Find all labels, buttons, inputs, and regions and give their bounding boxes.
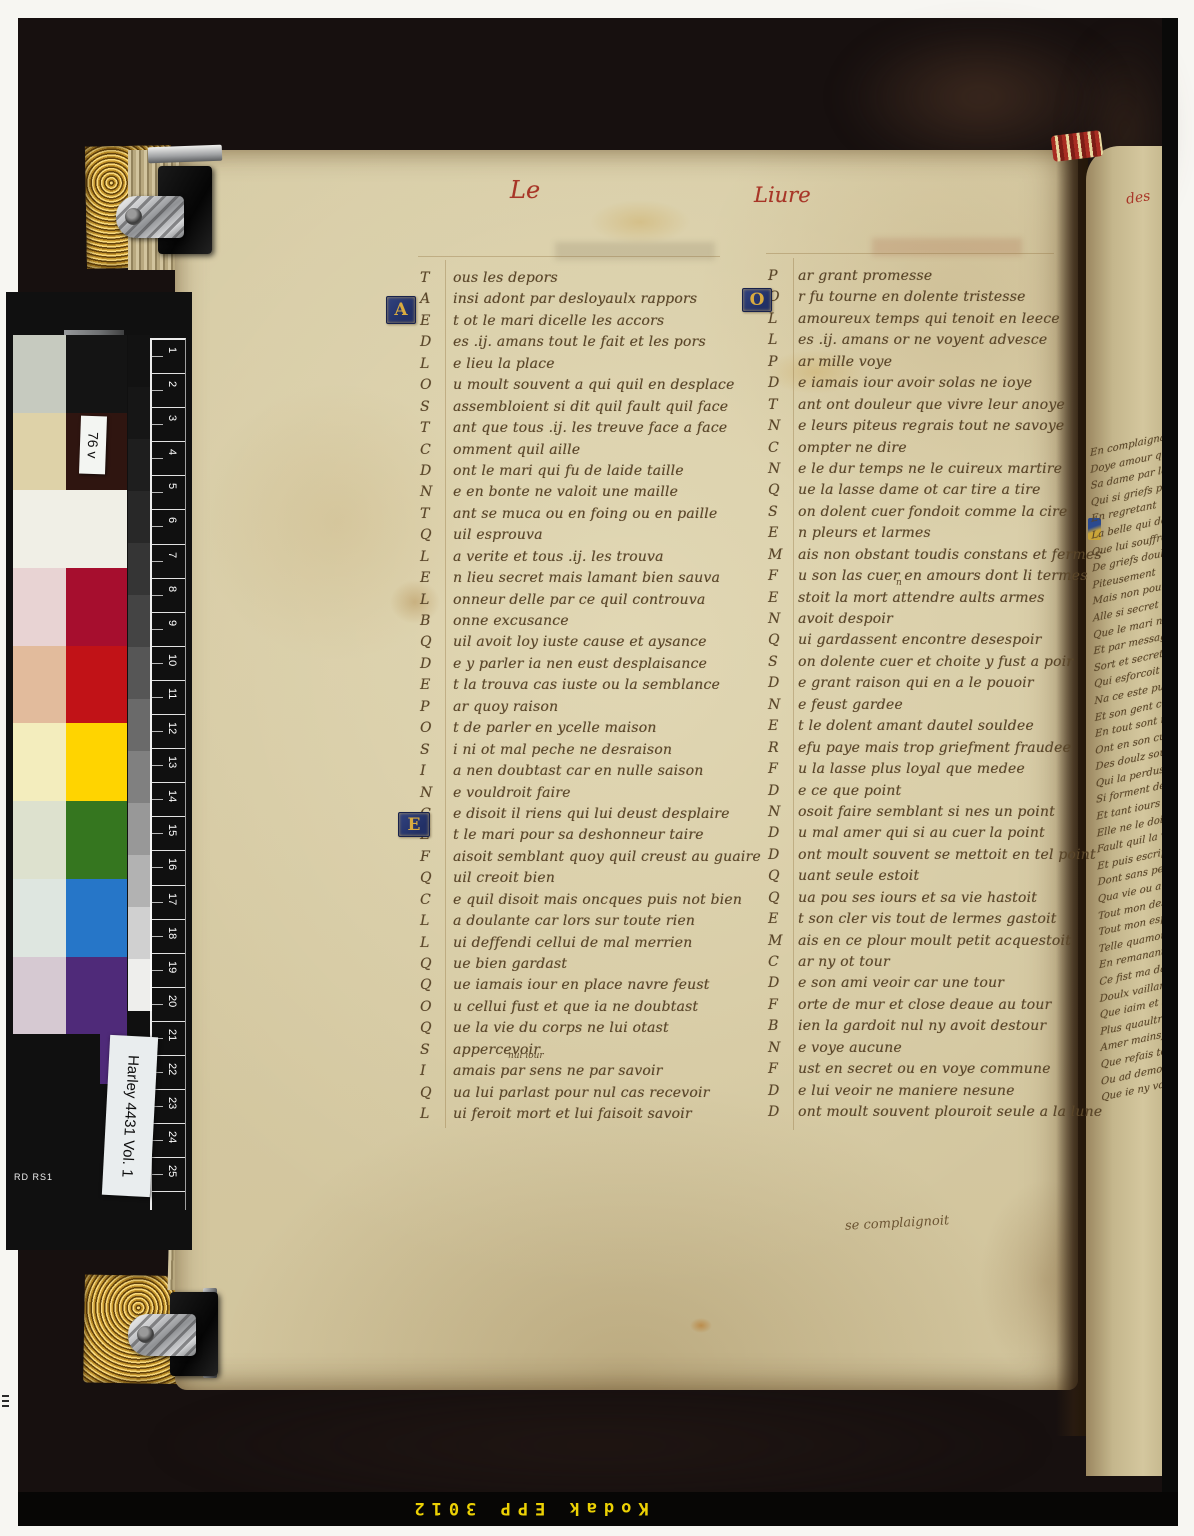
line-text: ua lui parlast pour nul cas recevoir [453,1085,709,1101]
manuscript-line: Tant ont douleur que vivre leur anoye [768,395,1102,416]
color-patch-solid [66,957,127,1035]
gray-step [128,855,152,907]
manuscript-line: Bonne excusance [420,611,761,632]
ruler-segment: 8 [152,579,185,613]
manuscript-line: Fu la lasse plus loyal que medee [768,759,1102,780]
line-initial-letter: F [768,995,798,1016]
line-initial-letter: Q [420,1083,453,1104]
line-text: ue la lasse dame ot car tire a tire [798,482,1041,498]
manuscript-line: Par grant promesse [768,266,1102,287]
line-text: a doulante car lors sur toute rien [453,913,695,929]
line-initial-letter: F [420,847,453,868]
ruler-number: 1 [166,347,178,353]
line-initial-letter: D [768,823,798,844]
line-text: u moult souvent a qui quil en desplace [453,377,734,393]
manuscript-line: Tant que tous .ij. les treuve face a fac… [420,418,761,439]
line-text: omment quil aille [453,442,580,458]
manuscript-line: Navoit despoir [768,609,1102,630]
manuscript-line: Dont le mari qui fu de laide taille [420,461,761,482]
ruler-segment: 10 [152,647,185,681]
line-initial-letter: O [420,375,453,396]
color-patch-row [13,568,127,646]
line-text: es .ij. amans tout le fait et les pors [453,334,706,350]
ruler-segment: 15 [152,817,185,851]
line-text: ar mille voye [798,354,892,370]
line-text: u la lasse plus loyal que medee [798,761,1025,777]
color-patch-tint [13,646,66,724]
line-text: t le mari pour sa deshonneur taire [453,827,704,843]
manuscript-line: Refu paye mais trop griefment fraudee [768,738,1102,759]
line-initial-letter: S [768,502,798,523]
ruler-number: 7 [166,552,178,558]
gray-step [128,491,152,543]
line-text: e iamais iour avoir solas ne ioye [798,375,1032,391]
line-initial-letter: N [768,459,798,480]
binder-clip-lever-bottom [128,1314,196,1356]
line-initial-letter: C [768,438,798,459]
ruler-number: 14 [166,790,178,802]
ruler-number: 16 [166,858,178,870]
line-initial-letter: S [420,740,453,761]
parchment-stain [690,1318,712,1333]
manuscript-line: Nosoit faire semblant si nes un point [768,802,1102,823]
film-edge-strip: Kodak EPP 3012 [18,1492,1178,1526]
line-text: orte de mur et close deaue au tour [798,997,1051,1013]
manuscript-line: Bien la gardoit nul ny avoit destour [768,1016,1102,1037]
color-patch-tint [13,413,66,491]
color-patch-row [13,490,127,568]
manuscript-line: Quil esprouva [420,525,761,546]
recto-running-title: des [1125,188,1152,208]
text-column-right: Par grant promesse Or fu tourne en dolen… [768,266,1102,1124]
color-patch-solid [66,723,127,801]
ruler-segment: 19 [152,954,185,988]
running-title-right: Liure [754,183,811,207]
line-text: on dolente cuer et choite y fust a poir [798,654,1073,670]
line-initial-letter: L [420,1104,453,1125]
manuscript-line: Son dolente cuer et choite y fust a poir [768,652,1102,673]
line-text: e grant raison qui en a le pouoir [798,675,1034,691]
manuscript-line: Par mille voye [768,352,1102,373]
line-initial-letter: P [420,697,453,718]
ruler-number: 24 [166,1131,178,1143]
manuscript-line: Mais en ce plour moult petit acquestoit [768,931,1102,952]
line-text: t son cler vis tout de lermes gastoit [798,911,1056,927]
line-initial-letter: C [420,440,453,461]
ruler-segment: 4 [152,442,185,476]
manuscript-line: Et la trouva cas iuste ou la semblance [420,675,761,696]
manuscript-line: Estoit la mort attendre aults armes [768,588,1102,609]
gray-step [128,647,152,699]
line-text: ust en secret ou en voye commune [798,1061,1051,1077]
color-patch-row [13,801,127,879]
gray-scale-strip [128,335,152,1011]
line-initial-letter: Q [420,1018,453,1039]
manuscript-line: Ne feust gardee [768,695,1102,716]
film-edge-code: Kodak EPP 3012 [278,1498,778,1518]
gray-step [128,439,152,491]
backdrop-shadow [150,1380,1050,1510]
color-patch-row [13,957,127,1035]
line-initial-letter: D [768,973,798,994]
line-text: u cellui fust et que ia ne doubtast [453,999,698,1015]
color-calibration-card: 1 2 3 4 5 6 [6,292,192,1250]
manuscript-line: Et son cler vis tout de lermes gastoit [768,909,1102,930]
line-initial-letter: C [420,890,453,911]
line-initial-letter: N [768,695,798,716]
line-text: ais non obstant toudis constans et ferme… [798,547,1102,563]
line-text: on dolent cuer fondoit comme la cire [798,504,1067,520]
color-patch-row [13,646,127,724]
line-initial-letter: I [420,1061,453,1082]
manuscript-line: De y parler ia nen eust desplaisance [420,654,761,675]
line-initial-letter: P [768,266,798,287]
line-text: ue iamais iour en place navre feust [453,977,709,993]
manuscript-line: Par quoy raison [420,697,761,718]
color-patch-column [13,335,127,1034]
gray-step [128,335,152,387]
manuscript-line: Et le dolent amant dautel souldee [768,716,1102,737]
binder-clip-arm-top [148,145,223,164]
manuscript-line: En pleurs et larmes [768,523,1102,544]
border-registration-marks [2,1392,14,1412]
manuscript-line: Or fu tourne en dolente tristesse [768,287,1102,308]
line-text: u mal amer qui si au cuer la point [798,825,1045,841]
line-text: ui gardassent encontre desespoir [798,632,1042,648]
line-initial-letter: T [420,418,453,439]
ruler-segment: 6 [152,510,185,544]
line-initial-letter: D [420,461,453,482]
ruler-segment: 3 [152,408,185,442]
ruler-number: 15 [166,824,178,836]
gray-step [128,803,152,855]
gray-step [128,907,152,959]
line-initial-letter: A [420,289,453,310]
line-initial-letter: L [768,309,798,330]
line-initial-letter: Q [420,975,453,996]
line-text: e feust gardee [798,697,903,713]
ruler-segment: 18 [152,920,185,954]
line-text: stoit la mort attendre aults armes [798,590,1045,606]
manuscript-line: Faisoit semblant quoy quil creust au gua… [420,847,761,868]
line-text: ant se muca ou en foing ou en paille [453,506,717,522]
line-initial-letter: L [420,547,453,568]
line-initial-letter: N [768,802,798,823]
line-initial-letter: D [768,1081,798,1102]
line-text: e voye aucune [798,1040,902,1056]
folio-number-label: 76 v [79,416,107,475]
film-edge-right [1162,18,1178,1492]
manuscript-line: Tant se muca ou en foing ou en paille [420,504,761,525]
line-initial-letter: O [768,287,798,308]
line-text: r fu tourne en dolente tristesse [798,289,1026,305]
manuscript-line: Le lieu la place [420,354,761,375]
manuscript-line: Quil creoit bien [420,868,761,889]
manuscript-line: Qui gardassent encontre desespoir [768,630,1102,651]
line-initial-letter: B [768,1016,798,1037]
line-initial-letter: E [768,523,798,544]
line-initial-letter: S [420,1040,453,1061]
line-text: uil creoit bien [453,870,555,886]
line-initial-letter: Q [420,632,453,653]
manuscript-line: Que la lasse dame ot car tire a tire [768,480,1102,501]
line-initial-letter: N [420,482,453,503]
line-text: a verite et tous .ij. les trouva [453,549,664,565]
manuscript-photograph: des En complaignantDoye amour qui si laS… [0,0,1194,1536]
manuscript-line: Ia nen doubtast car en nulle saison [420,761,761,782]
manuscript-line: Ce disoit il riens qui lui deust desplai… [420,804,761,825]
line-initial-letter: F [768,566,798,587]
manuscript-line: De lui veoir ne maniere nesune [768,1081,1102,1102]
ruler-segment: 16 [152,851,185,885]
color-patch-tint [13,879,66,957]
gray-step [128,959,152,1011]
line-initial-letter: D [768,781,798,802]
manuscript-line: Et ot le mari dicelle les accors [420,311,761,332]
manuscript-line: Lui deffendi cellui de mal merrien [420,933,761,954]
manuscript-line: Que bien gardast [420,954,761,975]
manuscript-line: Les .ij. amans or ne voyent advesce [768,330,1102,351]
ruler-segment: 14 [152,783,185,817]
manuscript-line: Comment quil aille [420,440,761,461]
line-initial-letter: Q [768,866,798,887]
manuscript-line: Des .ij. amans tout le fait et les pors [420,332,761,353]
color-patch-tint [13,801,66,879]
line-text: osoit faire semblant si nes un point [798,804,1055,820]
manuscript-line: Son dolent cuer fondoit comme la cire [768,502,1102,523]
line-initial-letter: T [768,395,798,416]
line-initial-letter: O [420,997,453,1018]
manuscript-line: Mais non obstant toudis constans et ferm… [768,545,1102,566]
line-initial-letter: Q [768,888,798,909]
line-initial-letter: D [768,373,798,394]
ruler-segment: 25 [152,1158,185,1192]
ruler-segment: 23 [152,1090,185,1124]
line-initial-letter: E [768,716,798,737]
manuscript-line: Ne vouldroit faire [420,783,761,804]
ruler-segment: 24 [152,1124,185,1158]
ruler-segment: 17 [152,886,185,920]
ruler-segment: 13 [152,749,185,783]
color-patch-row [13,413,127,491]
ruler-number: 10 [166,654,178,666]
line-text: n lieu secret mais lamant bien sauva [453,570,720,586]
interlinear-gloss: nul iour [508,1051,544,1061]
line-text: efu paye mais trop griefment fraudee [798,740,1071,756]
line-text: ont moult souvent se mettoit en tel poin… [798,847,1096,863]
illuminated-initial: E [398,812,430,837]
manuscript-line: Sassembloient si dit quil fault quil fac… [420,397,761,418]
line-text: e vouldroit faire [453,785,571,801]
line-initial-letter: E [768,909,798,930]
line-text: ant que tous .ij. les treuve face a face [453,420,727,436]
manuscript-line: Ne leurs piteus regrais tout ne savoye [768,416,1102,437]
manuscript-line: Du mal amer qui si au cuer la point [768,823,1102,844]
line-text: n pleurs et larmes [798,525,931,541]
line-initial-letter: P [768,352,798,373]
line-text: aisoit semblant quoy quil creust au guai… [453,849,761,865]
line-text: e quil disoit mais oncques puis not bien [453,892,742,908]
manuscript-line: De son ami veoir car une tour [768,973,1102,994]
line-text: onne excusance [453,613,569,629]
line-text: uant seule estoit [798,868,919,884]
running-title-left: Le [510,176,540,204]
ruler-number: 21 [166,1029,178,1041]
line-initial-letter: O [420,718,453,739]
line-text: e ce que point [798,783,901,799]
manuscript-line: Car ny ot tour [768,952,1102,973]
line-initial-letter: I [420,761,453,782]
manuscript-line: Dont moult souvent se mettoit en tel poi… [768,845,1102,866]
line-initial-letter: Q [420,525,453,546]
color-patch-solid [66,646,127,724]
ruler-number: 2 [166,381,178,387]
illuminated-initial: A [386,296,416,324]
ruler-number: 23 [166,1097,178,1109]
manuscript-line: Tous les depors [420,268,761,289]
manuscript-line: Ce quil disoit mais oncques puis not bie… [420,890,761,911]
ruler-number: 12 [166,722,178,734]
color-patch-tint [13,957,66,1035]
color-patch-row [13,723,127,801]
line-text: t de parler en ycelle maison [453,720,657,736]
line-initial-letter: E [420,675,453,696]
ruler-segment: 1 [152,340,185,374]
line-text: ue la vie du corps ne lui otast [453,1020,669,1036]
ruler-segment: 22 [152,1056,185,1090]
color-patch-solid [66,490,127,568]
manuscript-line: De grant raison qui en a le pouoir [768,673,1102,694]
line-initial-letter: L [768,330,798,351]
manuscript-line: Et le mari pour sa deshonneur taire [420,825,761,846]
manuscript-line: Forte de mur et close deaue au tour [768,995,1102,1016]
ruler-number: 17 [166,893,178,905]
line-text: insi adont par desloyaulx rappors [453,291,697,307]
line-initial-letter: E [420,568,453,589]
manuscript-line: Ne le dur temps ne le cuireux martire [768,459,1102,480]
line-initial-letter: C [768,952,798,973]
ruler-segment: 11 [152,681,185,715]
line-initial-letter: L [420,933,453,954]
show-through-smudge [555,242,715,260]
line-initial-letter: E [420,311,453,332]
line-text: e y parler ia nen eust desplaisance [453,656,707,672]
line-text: assembloient si dit quil fault quil face [453,399,728,415]
line-text: a nen doubtast car en nulle saison [453,763,703,779]
line-initial-letter: S [420,397,453,418]
line-text: amoureux temps qui tenoit en leece [798,311,1060,327]
manuscript-line: La verite et tous .ij. les trouva [420,547,761,568]
manuscript-line: Sappercevoir [420,1040,761,1061]
line-initial-letter: L [420,590,453,611]
manuscript-line: Compter ne dire [768,438,1102,459]
color-patch-row [13,879,127,957]
line-text: ien la gardoit nul ny avoit destour [798,1018,1046,1034]
line-initial-letter: D [768,673,798,694]
line-text: onneur delle par ce quil controuva [453,592,705,608]
line-initial-letter: T [420,268,453,289]
ruling-line [418,256,720,257]
line-initial-letter: L [420,354,453,375]
line-text: ompter ne dire [798,440,907,456]
manuscript-line: Que la vie du corps ne lui otast [420,1018,761,1039]
manuscript-line: De iamais iour avoir solas ne ioye [768,373,1102,394]
color-patch-tint [13,490,66,568]
line-text: avoit despoir [798,611,893,627]
line-initial-letter: Q [420,868,453,889]
manuscript-line: De ce que point [768,781,1102,802]
manuscript-line: Qua pou ses iours et sa vie hastoit [768,888,1102,909]
line-text: t la trouva cas iuste ou la semblance [453,677,720,693]
ruler-number: 20 [166,995,178,1007]
ruling-line [766,253,1054,254]
line-text: ue bien gardast [453,956,567,972]
line-initial-letter: E [768,588,798,609]
line-initial-letter: M [768,931,798,952]
line-text: ar grant promesse [798,268,932,284]
line-initial-letter: L [420,911,453,932]
line-text: e lui veoir ne maniere nesune [798,1083,1015,1099]
ruler-number: 9 [166,620,178,626]
line-initial-letter: N [768,609,798,630]
ruler-segment: 7 [152,545,185,579]
manuscript-line: Qua lui parlast pour nul cas recevoir [420,1083,761,1104]
line-initial-letter: D [768,1102,798,1123]
manuscript-line: En lieu secret mais lamant bien sauva [420,568,761,589]
ruler-segment: 5 [152,476,185,510]
line-initial-letter: S [768,652,798,673]
line-initial-letter: Q [420,954,453,975]
line-text: uil esprouva [453,527,543,543]
ruler-number: 18 [166,927,178,939]
line-text: ont le mari qui fu de laide taille [453,463,684,479]
line-text: ar quoy raison [453,699,558,715]
ruler-number: 3 [166,415,178,421]
manuscript-line: Lamoureux temps qui tenoit en leece [768,309,1102,330]
manuscript-line: Ou cellui fust et que ia ne doubtast [420,997,761,1018]
gray-step [128,699,152,751]
manuscript-line: Que iamais iour en place navre feust [420,975,761,996]
line-text: e le dur temps ne le cuireux martire [798,461,1062,477]
manuscript-line: Quant seule estoit [768,866,1102,887]
line-text: ous les depors [453,270,558,286]
line-text: t le dolent amant dautel souldee [798,718,1034,734]
line-initial-letter: Q [768,480,798,501]
gray-step [128,595,152,647]
manuscript-line: Dont moult souvent plouroit seule a la l… [768,1102,1102,1123]
line-text: i ni ot mal peche ne desraison [453,742,672,758]
manuscript-line: Fu son las cuer en amours dont li termes [768,566,1102,587]
manuscript-line: Fust en secret ou en voye commune [768,1059,1102,1080]
illuminated-initial: O [742,288,772,312]
ruler-number: 11 [166,688,178,699]
text-column-left: Tous les depors Ainsi adont par desloyau… [420,268,761,1126]
shelfmark-label: Harley 4431 Vol. 1 [102,1035,158,1197]
color-patch-solid [66,801,127,879]
line-text: t ot le mari dicelle les accors [453,313,664,329]
ruler-segment: 12 [152,715,185,749]
manuscript-line: Ot de parler en ycelle maison [420,718,761,739]
line-initial-letter: N [420,783,453,804]
color-patch-tint [13,335,66,413]
manuscript-line: Lonneur delle par ce quil controuva [420,590,761,611]
line-text: ant ont douleur que vivre leur anoye [798,397,1065,413]
ruler-segment: 20 [152,988,185,1022]
ruler-number: 6 [166,517,178,523]
ruler-number: 22 [166,1063,178,1075]
color-patch-tint [13,568,66,646]
line-text: uil avoit loy iuste cause et aysance [453,634,707,650]
